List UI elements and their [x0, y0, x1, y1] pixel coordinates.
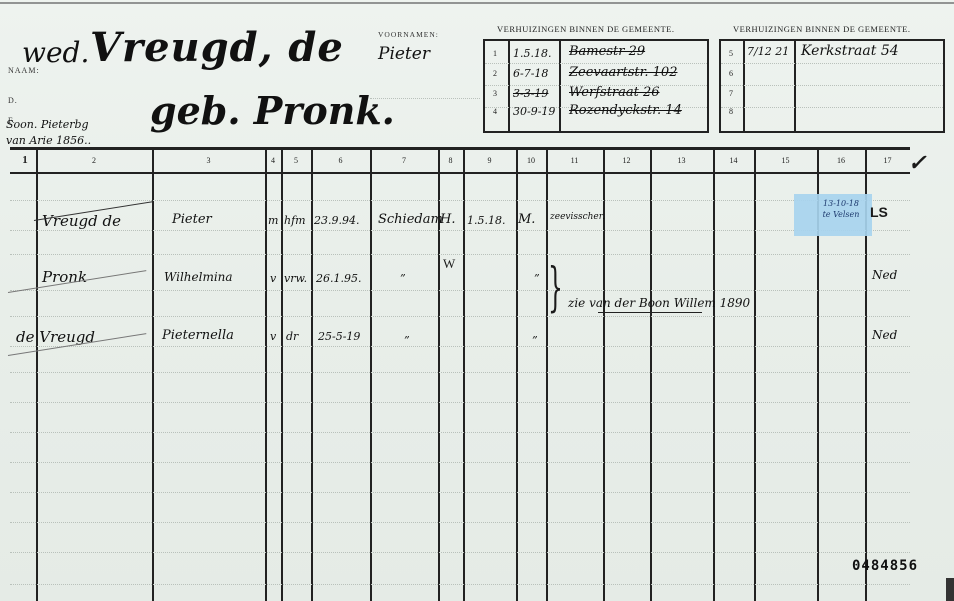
- column-header-6: 6: [311, 156, 370, 165]
- birth-date-cell: 26.1.95.: [316, 272, 361, 285]
- given-name-cell: Pieter: [172, 212, 212, 227]
- voornamen-value: Pieter: [378, 44, 430, 64]
- moves-right-table: 5 7/12 21 Kerkstraat 54 6 7 8: [719, 39, 945, 133]
- column-header-15: 15: [754, 156, 817, 165]
- birth-place-cell: Schiedam: [378, 212, 443, 227]
- given-name-cell: Pieternella: [162, 328, 234, 343]
- stamp-cell: LS: [870, 204, 888, 220]
- given-name-cell: Wilhelmina: [164, 270, 233, 284]
- grid-header-border: [10, 172, 910, 174]
- column-header-12: 12: [603, 156, 650, 165]
- bracket-icon: }: [548, 262, 563, 314]
- move-address: Werfstraat 26: [569, 85, 660, 100]
- moves-left-table: 1 1.5.18. Bamestr 29 2 6-7-18 Zeevaartst…: [483, 39, 709, 133]
- birth-place-cell: ”: [404, 334, 410, 347]
- surname: Vreugd, de: [90, 24, 344, 71]
- column-header-2: 2: [36, 156, 152, 165]
- relation-cell: v: [270, 272, 276, 285]
- top-border: [0, 2, 954, 4]
- religion-cell: H.: [440, 212, 455, 227]
- column-header-8: 8: [438, 156, 463, 165]
- relation-cell: v: [270, 330, 276, 343]
- column-header-4: 4: [265, 156, 281, 165]
- civil-status-cell: ”: [532, 334, 538, 347]
- move-address: Bamestr 29: [569, 44, 645, 59]
- check-mark: ✓: [908, 150, 926, 176]
- voornamen-label: VOORNAMEN:: [378, 30, 439, 39]
- surname-cell: Vreugd de: [42, 212, 121, 230]
- column-header-11: 11: [546, 156, 603, 165]
- move-address: Kerkstraat 54: [801, 43, 899, 59]
- side-note-1: Soon. Pieterbg: [6, 118, 89, 131]
- move-date: 7/12 21: [747, 45, 789, 58]
- column-header-14: 14: [713, 156, 754, 165]
- move-date: 30-9-19: [513, 105, 555, 118]
- moves-right-title: VERHUIZINGEN BINNEN DE GEMEENTE.: [733, 24, 910, 34]
- archive-number: 0484856: [852, 558, 918, 574]
- column-header-10: 10: [516, 156, 546, 165]
- occupation-cell: zeevisscher.: [550, 212, 600, 223]
- birth-date-cell: 25-5-19: [318, 330, 360, 343]
- widow-prefix: wed.: [22, 36, 89, 69]
- role-cell: vrw.: [284, 272, 307, 285]
- naam-label: NAAM:: [8, 66, 40, 75]
- column-header-3: 3: [152, 156, 265, 165]
- registration-card: wed. NAAM: Vreugd, de D. F. Soon. Pieter…: [0, 0, 954, 601]
- birth-date-cell: 23.9.94.: [314, 214, 359, 227]
- maiden-name: geb. Pronk.: [150, 88, 395, 133]
- side-note-2: van Arie 1856..: [6, 134, 91, 147]
- move-date: 6-7-18: [513, 67, 548, 80]
- column-header-1: 1: [14, 154, 36, 166]
- departure-note-cell: 13-10-18 te Velsen: [818, 198, 864, 220]
- nationality-cell: Ned: [872, 328, 897, 342]
- role-cell: hfm: [284, 214, 306, 227]
- column-header-7: 7: [370, 156, 438, 165]
- column-header-17: 17: [865, 156, 910, 165]
- column-header-13: 13: [650, 156, 713, 165]
- role-cell: dr: [286, 330, 298, 343]
- grid-top-border: [10, 147, 910, 150]
- scan-corner: [946, 578, 954, 601]
- move-date: 1.5.18.: [513, 47, 551, 60]
- column-header-5: 5: [281, 156, 311, 165]
- civil-status-cell: ”: [534, 272, 540, 285]
- underline: [598, 312, 702, 313]
- moves-left-title: VERHUIZINGEN BINNEN DE GEMEENTE.: [497, 24, 674, 34]
- date-cell: 1.5.18.: [467, 214, 505, 227]
- move-address: Rozendyckstr. 14: [569, 103, 682, 118]
- move-address: Zeevaartstr. 102: [569, 65, 677, 80]
- nationality-cell: Ned: [872, 268, 897, 282]
- move-date: 3-3-19: [513, 87, 548, 100]
- civil-status-cell: M.: [518, 212, 535, 227]
- column-header-16: 16: [817, 156, 865, 165]
- relation-cell: m: [268, 214, 278, 227]
- cross-reference-note: zie van der Boon Willem 1890: [568, 296, 750, 310]
- religion-cell: W: [443, 256, 455, 272]
- birth-place-cell: ”: [400, 272, 406, 285]
- d-label: D.: [8, 96, 18, 105]
- column-header-9: 9: [463, 156, 516, 165]
